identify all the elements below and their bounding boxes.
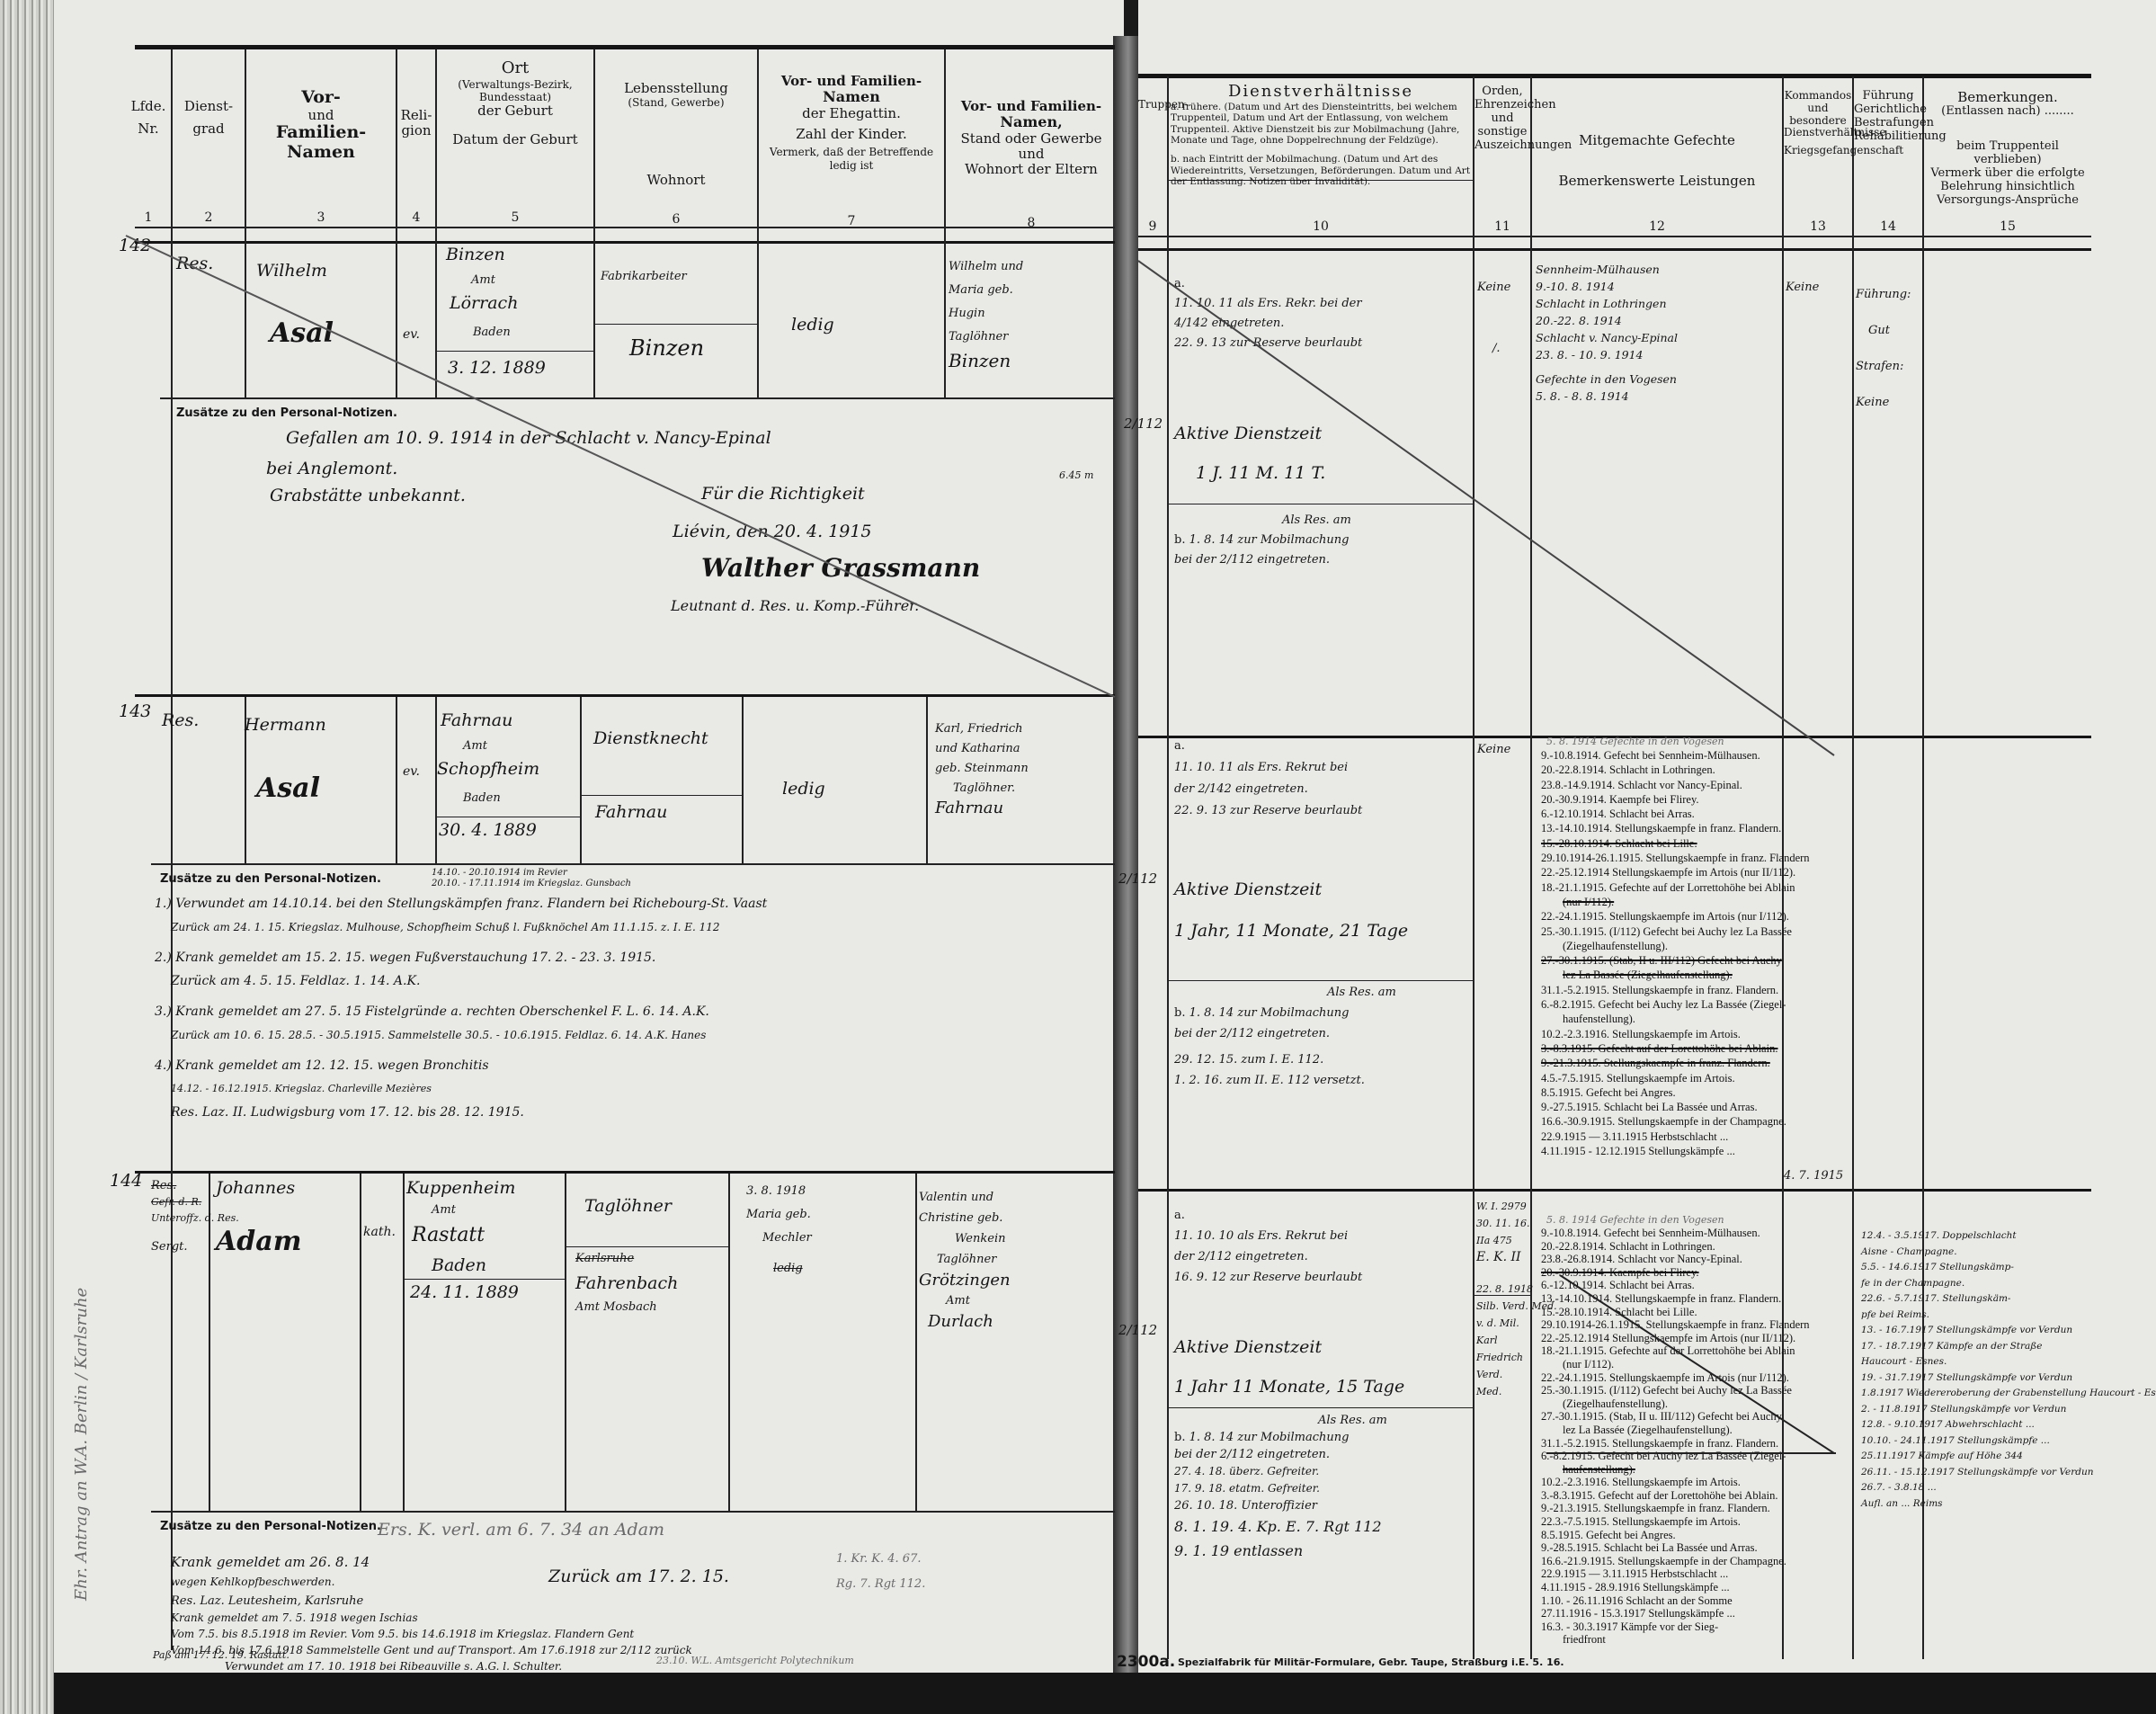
birth-divider: [437, 351, 593, 352]
battle-entry: 4.11.1915 - 12.12.1915 Stellungskämpfe .…: [1541, 1144, 1810, 1158]
unit: 2/112: [1124, 415, 1163, 433]
col-line: [403, 1174, 405, 1511]
battle-entry: 9.-21.3.1915. Stellungskaempfe in franz.…: [1541, 1056, 1810, 1070]
birthplace-district: Lörrach: [450, 293, 518, 315]
row-top-rule-right: [1138, 248, 2091, 251]
service-a: a.11. 10. 11 als Ers. Rekrut beider 2/14…: [1174, 736, 1362, 822]
form-number: 2300a.: [1117, 1653, 1175, 1671]
remark-line: 26.7. - 3.8.18 ...: [1861, 1480, 2156, 1496]
note-line: Rg. 7. Rgt 112.: [836, 1577, 925, 1592]
note-line: 6.45 m: [1059, 469, 1093, 482]
col-number: 8: [946, 216, 1117, 230]
battle-entry: 20.-22.8.1914. Schlacht in Lothringen.: [1541, 763, 1810, 777]
battles-stamp: 9.-10.8.1914. Gefecht bei Sennheim-Mülha…: [1541, 748, 1810, 1158]
residence: Fahrenbach: [575, 1273, 678, 1295]
birth-date: 30. 4. 1889: [439, 820, 537, 842]
battle-entry: 25.-30.1.1915. (I/112) Gefecht bei Auchy…: [1541, 1384, 1810, 1397]
battle-entry: 18.-21.1.1915. Gefechte auf der Lorretto…: [1541, 880, 1810, 895]
entry-number: 143: [119, 701, 151, 723]
note-line: Zurück am 17. 2. 15.: [548, 1567, 729, 1588]
occupation-divider: [595, 324, 757, 325]
note-line: bei Anglemont.: [266, 459, 397, 480]
remarks-battles: 12.4. - 3.5.1917. DoppelschlachtAisne - …: [1861, 1228, 2156, 1512]
col-line: [1530, 76, 1532, 1659]
birth-divider: [403, 1279, 565, 1280]
rank: Res.: [176, 254, 213, 275]
battle-entry: 8.5.1915. Gefecht bei Angres.: [1541, 1085, 1810, 1100]
remark-line: 22.6. - 5.7.1917. Stellungskäm-: [1861, 1291, 2156, 1308]
first-name: Wilhelm: [256, 261, 327, 282]
col-line: [565, 1174, 566, 1511]
header-col8: Vor- und Familien-Namen,Stand oder Gewer…: [946, 99, 1117, 177]
col-line: [926, 697, 928, 863]
col-number: 15: [1924, 219, 2091, 234]
row-top-rule-left: [135, 241, 1115, 244]
battle-entry: 9.-28.5.1915. Schlacht bei La Bassée und…: [1541, 1541, 1810, 1555]
book-gutter: [1113, 36, 1138, 1673]
notes-list: Krank gemeldet am 26. 8. 14wegen Kehlkop…: [171, 1552, 370, 1611]
col-number: 1: [126, 210, 171, 225]
col-number: 11: [1474, 219, 1530, 234]
last-name: Asal: [270, 317, 334, 351]
battle-entry: 15.-28.10.1914. Schlacht bei Lille.: [1541, 836, 1810, 851]
row143-top-left: [135, 694, 1115, 697]
notes-list: 1.) Verwundet am 14.10.14. bei den Stell…: [155, 892, 767, 1124]
row144-top-right: [1138, 1189, 2091, 1192]
battle-entry: 4.5.-7.5.1915. Stellungskaempfe im Artoi…: [1541, 1071, 1810, 1085]
religion: kath.: [363, 1225, 396, 1241]
last-name: Adam: [216, 1225, 301, 1259]
battle-entry: 6.-8.2.1915. Gefecht bei Auchy lez La Ba…: [1541, 997, 1810, 1012]
occupation-divider: [565, 1246, 728, 1247]
parents: Valentin undChristine geb.WenkeinTaglöhn…: [919, 1187, 1011, 1332]
occupation: Fabrikarbeiter: [601, 270, 687, 284]
row142-ab-divider: [1167, 504, 1473, 504]
header-col15: Bemerkungen.(Entlassen nach) ........bei…: [1924, 90, 2091, 208]
birthplace: Binzen: [446, 245, 505, 266]
residence: Fahrnau: [595, 802, 667, 824]
col-number: 4: [397, 210, 435, 225]
row144-ab-divider: [1167, 1407, 1473, 1408]
decorations: Keine: [1477, 743, 1510, 757]
battle-entry: 16.3. - 30.3.1917 Kämpfe vor der Sieg-: [1541, 1620, 1810, 1634]
battle-entry: 3.-8.3.1915. Gefecht auf der Lorettohöhe…: [1541, 1041, 1810, 1056]
remark-line: Aisne - Champagne.: [1861, 1245, 2156, 1261]
battle-entry: 22.9.1915 — 3.11.1915 Herbstschlacht ...: [1541, 1567, 1810, 1581]
birthplace-district-label: Amt: [471, 273, 495, 288]
remark-line: 5.5. - 14.6.1917 Stellungskämp-: [1861, 1260, 2156, 1276]
battle-entry: 22.-24.1.1915. Stellungskaempfe im Artoi…: [1541, 1371, 1810, 1385]
birth-date: 3. 12. 1889: [448, 358, 546, 379]
col-line: [742, 697, 744, 863]
col-number: 3: [246, 210, 396, 225]
battle-entry: 10.2.-2.3.1916. Stellungskaempfe im Arto…: [1541, 1027, 1810, 1041]
remark-line: Aufl. an ... Reims: [1861, 1496, 2156, 1513]
battle-entry: 31.1.-5.2.1915. Stellungskaempfe in fran…: [1541, 1437, 1810, 1451]
battle-entry: 27.-30.1.1915. (Stab, II u. III/112) Gef…: [1541, 953, 1810, 968]
margin-note: Ehr. Antrag an W.A. Berlin / Karlsruhe: [72, 1288, 93, 1601]
battle-entry: 8.5.1915. Gefecht bei Angres.: [1541, 1529, 1810, 1542]
battle-entry: 10.2.-2.3.1916. Stellungskaempfe im Arto…: [1541, 1476, 1810, 1489]
residence-struck: Karlsruhe: [575, 1252, 634, 1266]
battle-entry: 13.-14.10.1914. Stellungskaempfe in fran…: [1541, 821, 1810, 835]
battle-entry: friedfront: [1541, 1633, 1810, 1647]
marital-status: ledig: [791, 315, 834, 336]
col-line: [728, 1174, 730, 1511]
decorations: Keine: [1477, 281, 1510, 295]
rank: Res.: [162, 710, 199, 732]
battle-entry: (Ziegelhaufenstellung).: [1541, 939, 1810, 953]
note-line: Gefallen am 10. 9. 1914 in der Schlacht …: [286, 428, 771, 450]
remark-line: 12.8. - 9.10.1917 Abwehrschlacht ...: [1861, 1417, 2156, 1433]
col-line: [915, 1174, 917, 1511]
battle-entry: 18.-21.1.1915. Gefechte auf der Lorretto…: [1541, 1344, 1810, 1358]
battle-entry: 27.11.1916 - 15.3.1917 Stellungskämpfe .…: [1541, 1607, 1810, 1620]
battle-entry: 29.10.1914-26.1.1915. Stellungskaempfe i…: [1541, 1318, 1810, 1332]
note-line: Grabstätte unbekannt.: [270, 486, 466, 507]
birthplace: Fahrnau: [441, 710, 512, 732]
row143-ab-divider: [1167, 980, 1473, 981]
left-page: [54, 0, 1124, 1673]
conduct: Führung:GutStrafen:Keine: [1856, 277, 1911, 421]
battle-entry: 22.-24.1.1915. Stellungskaempfe im Artoi…: [1541, 909, 1810, 924]
header-col2: Dienst-grad: [173, 99, 245, 138]
battle-entry: (nur I/112).: [1541, 1358, 1810, 1371]
remark-line: 1.8.1917 Wiedereroberung der Grabenstell…: [1861, 1386, 2156, 1402]
birth-divider: [435, 817, 580, 817]
battle-entry: 22.-25.12.1914 Stellungskaempfe im Artoi…: [1541, 1332, 1810, 1345]
birth-date: 24. 11. 1889: [410, 1282, 519, 1304]
signature-title: Leutnant d. Res. u. Komp.-Führer.: [671, 597, 919, 615]
col-number: 6: [595, 212, 757, 227]
battle-entry: 22.-25.12.1914 Stellungskaempfe im Artoi…: [1541, 865, 1810, 879]
remark-line: 12.4. - 3.5.1917. Doppelschlacht: [1861, 1228, 2156, 1245]
battle-entry: 9.-10.8.1914. Gefecht bei Sennheim-Mülha…: [1541, 748, 1810, 763]
battle-entry: 6.-8.2.1915. Gefecht bei Auchy lez La Ba…: [1541, 1450, 1810, 1463]
note-line: Für die Richtigkeit: [701, 484, 865, 505]
bottom-note: 23.10. W.L. Amtsgericht Polytechnikum: [656, 1655, 854, 1667]
commands: 4. 7. 1915: [1784, 1169, 1843, 1183]
battle-entry: lez La Bassée (Ziegelhaufenstellung).: [1541, 968, 1810, 982]
note-line: Liévin, den 20. 4. 1915: [673, 522, 872, 543]
battles-stamp: 9.-10.8.1914. Gefecht bei Sennheim-Mülha…: [1541, 1227, 1810, 1647]
notes-label: Zusätze zu den Personal-Notizen.: [160, 1520, 381, 1533]
battles-handwritten: 5. 8. 1914 Gefechte in den Vogesen: [1546, 1214, 1724, 1227]
entry-number: 142: [119, 236, 151, 257]
spouse: 3. 8. 1918Maria geb.Mechlerledig: [746, 1180, 812, 1281]
header-col5: Ort(Verwaltungs-Bezirk, Bundesstaat)der …: [437, 59, 593, 147]
first-name: Johannes: [216, 1178, 295, 1200]
note-line: Ers. K. verl. am 6. 7. 34 an Adam: [378, 1520, 664, 1541]
note-line: 1. Kr. K. 4. 67.: [836, 1552, 922, 1567]
active-service: Aktive Dienstzeit1 Jahr, 11 Monate, 21 T…: [1174, 869, 1408, 951]
battle-entry: haufenstellung).: [1541, 1012, 1810, 1026]
notes-label: Zusätze zu den Personal-Notizen.: [160, 872, 381, 886]
marital-status: ledig: [782, 779, 825, 800]
col-number: 2: [173, 210, 245, 225]
col-line: [1852, 76, 1854, 1659]
col-line: [396, 697, 397, 863]
header-col6: Lebensstellung(Stand, Gewerbe)Wohnort: [595, 81, 757, 188]
header-col13: Kommandos und besondere Dienstverhältnis…: [1784, 90, 1852, 157]
battle-entry: 13.-14.10.1914. Stellungskaempfe in fran…: [1541, 1292, 1810, 1306]
unit: 2/112: [1118, 1322, 1157, 1339]
religion: ev.: [403, 327, 420, 344]
parents: Wilhelm undMaria geb.HuginTaglöhnerBinze…: [949, 255, 1023, 372]
remark-line: 2. - 11.8.1917 Stellungskämpfe vor Verdu…: [1861, 1402, 2156, 1418]
col-number: 10: [1169, 219, 1473, 234]
col-line: [1167, 76, 1169, 1659]
remark-line: 19. - 31.7.1917 Stellungskämpfe vor Verd…: [1861, 1370, 2156, 1387]
residence-district: Amt Mosbach: [575, 1300, 657, 1315]
header-col11: Orden, Ehrenzeichen und sonstige Auszeic…: [1474, 85, 1530, 153]
battle-entry: (nur I/112).: [1541, 895, 1810, 909]
entry-number: 144: [110, 1171, 142, 1192]
service-b: Als Res. amb. 1. 8. 14 zur Mobilmachungb…: [1174, 511, 1351, 570]
battle-entry: 4.11.1915 - 28.9.1916 Stellungskämpfe ..…: [1541, 1581, 1810, 1594]
col-number: 14: [1854, 219, 1922, 234]
first-name: Hermann: [245, 715, 326, 736]
active-service: Aktive Dienstzeit1 J. 11 M. 11 T.: [1174, 414, 1325, 493]
row144-top-left: [135, 1171, 1115, 1174]
col-line: [580, 697, 582, 863]
commands: Keine: [1786, 281, 1819, 295]
col-number: 5: [437, 210, 593, 225]
battle-entry: 9.-10.8.1914. Gefecht bei Sennheim-Mülha…: [1541, 1227, 1810, 1240]
col-line: [1473, 76, 1474, 1659]
col-number: 13: [1784, 219, 1852, 234]
printer-imprint: Spezialfabrik für Militär-Formulare, Geb…: [1178, 1656, 1564, 1668]
col-line: [171, 49, 173, 1650]
birthplace-district-label: Amt: [432, 1203, 456, 1218]
remark-line: pfe bei Reims.: [1861, 1308, 2156, 1324]
book-bottom-shadow: [54, 1673, 2156, 1714]
battle-entry: (Ziegelhaufenstellung).: [1541, 1397, 1810, 1411]
battle-entry: 3.-8.3.1915. Gefecht auf der Lorettohöhe…: [1541, 1489, 1810, 1503]
occupation: Dienstknecht: [593, 728, 708, 750]
birthplace-state: Baden: [432, 1255, 486, 1277]
service-a: a.11. 10. 11 als Ers. Rekr. bei der4/142…: [1174, 274, 1362, 353]
col-number: 9: [1138, 219, 1167, 234]
header-col9: Truppen-: [1138, 99, 1167, 112]
battle-entry: 23.8.-26.8.1914. Schlacht vor Nancy-Epin…: [1541, 1253, 1810, 1266]
header-top-rule-right: [1138, 74, 2091, 78]
birthplace-state: Baden: [473, 326, 511, 340]
remark-line: 26.11. - 15.12.1917 Stellungskämpfe vor …: [1861, 1465, 2156, 1481]
col-number: 12: [1532, 219, 1782, 234]
battle-entry: 20.-30.9.1914. Kaempfe bei Flirey.: [1541, 1266, 1810, 1280]
battle-entry: 9.-27.5.1915. Schlacht bei La Bassée und…: [1541, 1100, 1810, 1114]
remark-line: 10.10. - 24.11.1917 Stellungskämpfe ...: [1861, 1433, 2156, 1450]
residence: Binzen: [629, 335, 704, 362]
birthplace-district: Rastatt: [412, 1223, 485, 1248]
battle-entry: 31.1.-5.2.1915. Stellungskaempfe in fran…: [1541, 983, 1810, 997]
battle-entry: 22.9.1915 — 3.11.1915 Herbstschlacht ...: [1541, 1129, 1810, 1144]
header-col7: Vor- und Familien-Namender Ehegattin.Zah…: [759, 74, 944, 172]
signature: Walther Grassmann: [701, 552, 980, 584]
birthplace: Kuppenheim: [406, 1178, 515, 1200]
note-aux: 14.10. - 20.10.1914 im Revier20.10. - 17…: [432, 868, 631, 889]
occupation: Taglöhner: [584, 1196, 672, 1218]
header-col4: Reli-gion: [397, 108, 435, 139]
battle-entry: lez La Bassée (Ziegelhaufenstellung).: [1541, 1424, 1810, 1437]
birthplace-state: Baden: [463, 791, 501, 806]
row142-subrule: [160, 397, 1115, 399]
decorations-mark: /.: [1492, 342, 1501, 356]
parents: Karl, Friedrichund Katharinageb. Steinma…: [935, 719, 1029, 818]
religion: ev.: [403, 764, 420, 781]
header-col12: Mitgemachte GefechteBemerkenswerte Leist…: [1532, 133, 1782, 190]
battle-entry: 22.3.-7.5.1915. Stellungskaempfe im Arto…: [1541, 1515, 1810, 1529]
remark-line: 13. - 16.7.1917 Stellungskämpfe vor Verd…: [1861, 1323, 2156, 1339]
colnum-rule-right: [1138, 236, 2091, 237]
unit: 2/112: [1118, 870, 1157, 888]
battle-entry: 16.6.-30.9.1915. Stellungskaempfe in der…: [1541, 1114, 1810, 1129]
battle-entry: 23.8.-14.9.1914. Schlacht vor Nancy-Epin…: [1541, 778, 1810, 792]
battle-entry: 20.-30.9.1914. Kaempfe bei Flirey.: [1541, 792, 1810, 807]
header-col3: Vor-undFamilien-Namen: [246, 88, 396, 163]
battle-entry: haufenstellung).: [1541, 1463, 1810, 1477]
header-col10: Dienstverhältnissea. frühere. (Datum und…: [1171, 83, 1471, 188]
remark-line: fe in der Champagne.: [1861, 1276, 2156, 1292]
service-a: a.11. 10. 10 als Ers. Rekrut beider 2/11…: [1174, 1205, 1362, 1288]
remark-line: 25.11.1917 Kämpfe auf Höhe 344: [1861, 1449, 2156, 1465]
battles-handwritten: 5. 8. 1914 Gefechte in den Vogesen: [1546, 736, 1724, 748]
notes-label: Zusätze zu den Personal-Notizen.: [176, 406, 397, 420]
battle-entry: 6.-12.10.1914. Schlacht bei Arras.: [1541, 807, 1810, 821]
birthplace-district-label: Amt: [463, 739, 487, 754]
battle-entry: 29.10.1914-26.1.1915. Stellungskaempfe i…: [1541, 851, 1810, 865]
book-edge-left: [0, 0, 54, 1714]
remark-line: 17. - 18.7.1917 Kämpfe an der Straße: [1861, 1339, 2156, 1355]
active-service: Aktive Dienstzeit1 Jahr 11 Monate, 15 Ta…: [1174, 1327, 1404, 1406]
row143-subrule: [151, 863, 1115, 865]
battle-entry: 6.-12.10.1914. Schlacht bei Arras.: [1541, 1279, 1810, 1292]
service-b: Als Res. amb. 1. 8. 14 zur Mobilmachungb…: [1174, 982, 1396, 1091]
occupation-divider: [580, 795, 742, 796]
remark-line: Haucourt - Esnes.: [1861, 1354, 2156, 1370]
col-number: 7: [759, 214, 944, 228]
header-col14: FührungGerichtliche BestrafungenRehabili…: [1854, 90, 1922, 144]
battle-entry: 25.-30.1.1915. (I/112) Gefecht bei Auchy…: [1541, 924, 1810, 939]
last-name: Asal: [256, 772, 320, 806]
battle-entry: 27.-30.1.1915. (Stab, II u. III/112) Gef…: [1541, 1410, 1810, 1424]
passport-note: Paß am 17. 12. 19. Rastatt.: [153, 1649, 290, 1662]
col-line: [360, 1174, 361, 1511]
battle-entry: 20.-22.8.1914. Schlacht in Lothringen.: [1541, 1240, 1810, 1254]
battle-entry: 9.-21.3.1915. Stellungskaempfe in franz.…: [1541, 1502, 1810, 1515]
birthplace-district: Schopfheim: [437, 759, 539, 781]
header-col1: Lfde.Nr.: [126, 99, 171, 138]
service-b: Als Res. amb. 1. 8. 14 zur Mobilmachungb…: [1174, 1412, 1387, 1559]
header-top-rule-left: [135, 45, 1115, 49]
battle-entry: 16.6.-21.9.1915. Stellungskaempfe in der…: [1541, 1555, 1810, 1568]
battles-list: Sennheim-Mülhausen9.-10. 8. 1914Schlacht…: [1536, 261, 1678, 405]
battle-entry: 15.-28.10.1914. Schlacht bei Lille.: [1541, 1306, 1810, 1319]
notes-list-2: Krank gemeldet am 7. 5. 1918 wegen Ischi…: [171, 1610, 692, 1674]
battle-entry: 1.10. - 26.11.1916 Schlacht an der Somme: [1541, 1594, 1810, 1608]
row144-subrule: [151, 1511, 1115, 1513]
